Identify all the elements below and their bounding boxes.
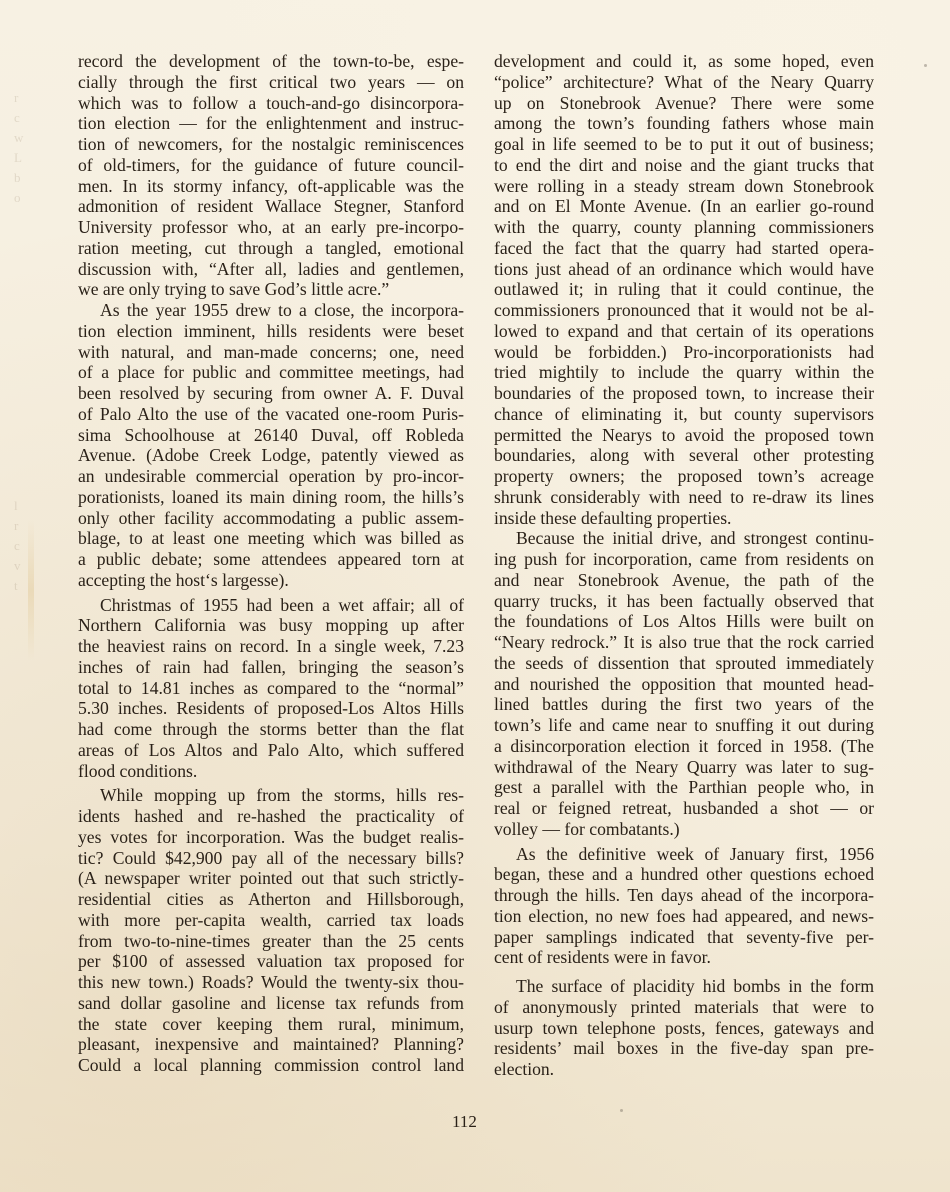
paragraph-january-1956: As the definitive week of January first,… bbox=[494, 844, 874, 969]
text-line: lowed to expand and that certain of its … bbox=[494, 321, 874, 342]
text-line: paper samplings indicated that seventy-f… bbox=[494, 927, 874, 948]
text-line: men. In its stormy infancy, oft-applicab… bbox=[78, 176, 464, 197]
text-line: University professor who, at an early pr… bbox=[78, 217, 464, 238]
text-line: permitted the Nearys to avoid the propos… bbox=[494, 425, 874, 446]
text-line: we are only trying to save God’s little … bbox=[78, 279, 464, 300]
text-line: and nourished the opposition that mounte… bbox=[494, 674, 874, 695]
text-line: an undesirable commercial operation by p… bbox=[78, 466, 464, 487]
text-line: began, these and a hundred other questio… bbox=[494, 864, 874, 885]
text-line: development and could it, as some hoped,… bbox=[494, 51, 874, 72]
text-line: tion of newcomers, for the nostalgic rem… bbox=[78, 134, 464, 155]
paragraph-neary-quarry: development and could it, as some hoped,… bbox=[494, 51, 874, 528]
text-line: with the quarry, county planning commiss… bbox=[494, 217, 874, 238]
text-line: election. bbox=[494, 1059, 874, 1080]
text-line: tions just ahead of an ordinance which w… bbox=[494, 259, 874, 280]
text-line: were rolling in a steady stream down Sto… bbox=[494, 176, 874, 197]
text-line: property owners; the proposed town’s acr… bbox=[494, 466, 874, 487]
text-line: cent of residents were in favor. bbox=[494, 947, 874, 968]
text-line: with more per-capita wealth, carried tax… bbox=[78, 910, 464, 931]
text-line: Because the initial drive, and strongest… bbox=[494, 528, 874, 549]
text-line: this new town.) Roads? Would the twenty-… bbox=[78, 972, 464, 993]
text-line: cially through the first critical two ye… bbox=[78, 72, 464, 93]
text-line: residents’ mail boxes in the five-day sp… bbox=[494, 1038, 874, 1059]
text-line: Christmas of 1955 had been a wet affair;… bbox=[78, 595, 464, 616]
text-line: per $100 of assessed valuation tax propo… bbox=[78, 951, 464, 972]
paragraph-christmas-rains: Christmas of 1955 had been a wet affair;… bbox=[78, 595, 464, 782]
text-line: withdrawal of the Neary Quarry was later… bbox=[494, 757, 874, 778]
text-line: chance of eliminating it, but county sup… bbox=[494, 404, 874, 425]
text-line: total to 14.81 inches as compared to the… bbox=[78, 678, 464, 699]
text-line: “Neary redrock.” It is also true that th… bbox=[494, 632, 874, 653]
text-line: the state cover keeping them rural, mini… bbox=[78, 1014, 464, 1035]
text-line: volley — for combatants.) bbox=[494, 819, 874, 840]
text-line: lined battles during the first two years… bbox=[494, 694, 874, 715]
text-line: of anonymously printed materials that we… bbox=[494, 997, 874, 1018]
paragraph-budget-questions: While mopping up from the storms, hills … bbox=[78, 785, 464, 1076]
text-line: to end the dirt and noise and the giant … bbox=[494, 155, 874, 176]
paper-speck bbox=[620, 1109, 623, 1112]
paragraph-meeting-place: As the year 1955 drew to a close, the in… bbox=[78, 300, 464, 591]
text-line: tic? Could $42,900 pay all of the necess… bbox=[78, 848, 464, 869]
text-line: of Palo Alto the use of the vacated one-… bbox=[78, 404, 464, 425]
text-line: of old-timers, for the guidance of futur… bbox=[78, 155, 464, 176]
text-line: from two-to-nine-times greater than the … bbox=[78, 931, 464, 952]
bleed-through-text-middle: l r c v t bbox=[14, 496, 44, 596]
text-line: porationists, loaned its main dining roo… bbox=[78, 487, 464, 508]
text-line: only other facility accommodating a publ… bbox=[78, 508, 464, 529]
text-line: sima Schoolhouse at 26140 Duval, off Rob… bbox=[78, 425, 464, 446]
text-line: the heaviest rains on record. In a singl… bbox=[78, 636, 464, 657]
text-line: ing push for incorporation, came from re… bbox=[494, 549, 874, 570]
text-line: which was to follow a touch-and-go disin… bbox=[78, 93, 464, 114]
text-line: admonition of resident Wallace Stegner, … bbox=[78, 196, 464, 217]
text-line: tion election — for the enlightenment an… bbox=[78, 113, 464, 134]
bleed-through-text-top: r c w L b o bbox=[14, 88, 44, 208]
text-line: town’s life and came near to snuffing it… bbox=[494, 715, 874, 736]
text-line: Could a local planning commission contro… bbox=[78, 1055, 464, 1076]
text-line: boundaries, along with several other pro… bbox=[494, 445, 874, 466]
paragraph-placidity: The surface of placidity hid bombs in th… bbox=[494, 976, 874, 1080]
left-column: record the development of the town-to-be… bbox=[78, 51, 464, 1076]
text-line: inches of rain had fallen, bringing the … bbox=[78, 657, 464, 678]
text-line: usurp town telephone posts, fences, gate… bbox=[494, 1018, 874, 1039]
text-line: quarry trucks, it has been factually obs… bbox=[494, 591, 874, 612]
text-line: up on Stonebrook Avenue? There were some bbox=[494, 93, 874, 114]
text-line: been resolved by securing from owner A. … bbox=[78, 383, 464, 404]
text-line: pleasant, inexpensive and maintained? Pl… bbox=[78, 1034, 464, 1055]
text-line: “police” architecture? What of the Neary… bbox=[494, 72, 874, 93]
paper-speck bbox=[924, 64, 927, 67]
text-line: tion election imminent, hills residents … bbox=[78, 321, 464, 342]
paragraph-neary-redrock: Because the initial drive, and strongest… bbox=[494, 528, 874, 839]
text-line: (A newspaper writer pointed out that suc… bbox=[78, 868, 464, 889]
text-line: had come through the storms better than … bbox=[78, 719, 464, 740]
text-line: the seeds of dissention that sprouted im… bbox=[494, 653, 874, 674]
text-line: The surface of placidity hid bombs in th… bbox=[494, 976, 874, 997]
text-line: sand dollar gasoline and license tax ref… bbox=[78, 993, 464, 1014]
text-line: While mopping up from the storms, hills … bbox=[78, 785, 464, 806]
text-line: As the year 1955 drew to a close, the in… bbox=[78, 300, 464, 321]
right-column: development and could it, as some hoped,… bbox=[494, 51, 874, 1080]
text-line: gest a parallel with the Parthian people… bbox=[494, 777, 874, 798]
paragraph-stegner: record the development of the town-to-be… bbox=[78, 51, 464, 300]
text-line: record the development of the town-to-be… bbox=[78, 51, 464, 72]
text-line: goal in life seemed to be to put it out … bbox=[494, 134, 874, 155]
text-line: would be forbidden.) Pro-incorporationis… bbox=[494, 342, 874, 363]
text-line: tion election, no new foes had appeared,… bbox=[494, 906, 874, 927]
text-line: tried mightily to include the quarry wit… bbox=[494, 362, 874, 383]
paragraph-gap bbox=[494, 968, 874, 976]
text-line: Northern California was busy mopping up … bbox=[78, 615, 464, 636]
text-line: flood conditions. bbox=[78, 761, 464, 782]
text-line: a public debate; some attendees appeared… bbox=[78, 549, 464, 570]
text-line: 5.30 inches. Residents of proposed-Los A… bbox=[78, 698, 464, 719]
text-line: ration meeting, cut through a tangled, e… bbox=[78, 238, 464, 259]
text-line: shrunk considerably with need to re-draw… bbox=[494, 487, 874, 508]
text-line: a disincorporation election it forced in… bbox=[494, 736, 874, 757]
text-line: boundaries of the proposed town, to incr… bbox=[494, 383, 874, 404]
text-line: and on El Monte Avenue. (In an earlier g… bbox=[494, 196, 874, 217]
text-line: yes votes for incorporation. Was the bud… bbox=[78, 827, 464, 848]
text-line: areas of Los Altos and Palo Alto, which … bbox=[78, 740, 464, 761]
text-line: residential cities as Atherton and Hills… bbox=[78, 889, 464, 910]
text-line: faced the fact that the quarry had start… bbox=[494, 238, 874, 259]
text-line: with natural, and man-made concerns; one… bbox=[78, 342, 464, 363]
page-number: 112 bbox=[452, 1112, 477, 1132]
text-line: inside these defaulting properties. bbox=[494, 508, 874, 529]
text-line: blage, to at least one meeting which was… bbox=[78, 528, 464, 549]
text-line: through the hills. Ten days ahead of the… bbox=[494, 885, 874, 906]
text-line: and near Stonebrook Avenue, the path of … bbox=[494, 570, 874, 591]
text-line: the foundations of Los Altos Hills were … bbox=[494, 611, 874, 632]
text-line: accepting the host‘s largesse). bbox=[78, 570, 464, 591]
text-line: outlawed it; in ruling that it could con… bbox=[494, 279, 874, 300]
text-line: real or feigned retreat, husbanded a sho… bbox=[494, 798, 874, 819]
text-line: Avenue. (Adobe Creek Lodge, patently vie… bbox=[78, 445, 464, 466]
text-line: discussion with, “After all, ladies and … bbox=[78, 259, 464, 280]
book-page: r c w L b o l r c v t record the develop… bbox=[0, 0, 950, 1192]
text-line: As the definitive week of January first,… bbox=[494, 844, 874, 865]
text-line: idents hashed and re-hashed the practica… bbox=[78, 806, 464, 827]
text-line: commissioners pronounced that it would n… bbox=[494, 300, 874, 321]
text-line: of a place for public and committee meet… bbox=[78, 362, 464, 383]
text-line: among the town’s founding fathers whose … bbox=[494, 113, 874, 134]
